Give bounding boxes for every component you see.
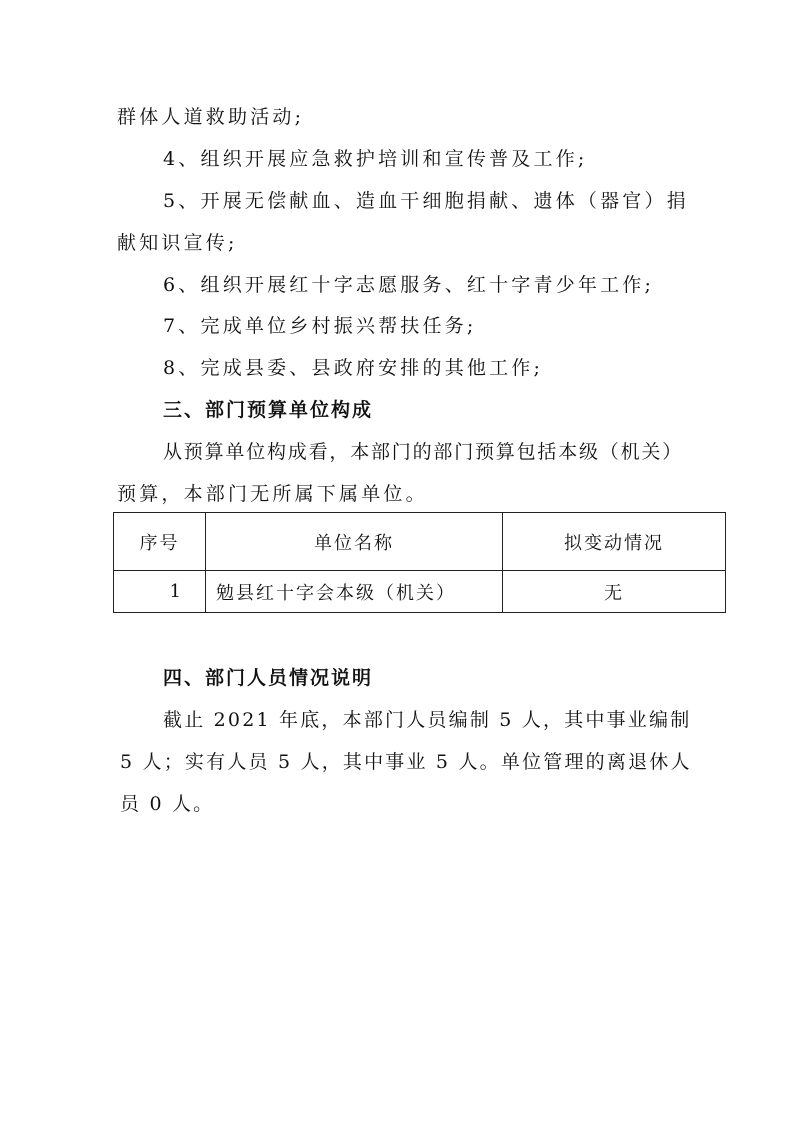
budget-unit-table: 序号 单位名称 拟变动情况 1 勉县红十字会本级（机关） 无 — [113, 512, 726, 613]
section3-text: 从预算单位构成看，本部门的部门预算包括本级（机关） — [163, 440, 683, 464]
header-change: 拟变动情况 — [503, 513, 726, 571]
list-item-5-cont: 献知识宣传; — [117, 231, 238, 255]
section4-text-cont: 5 人；实有人员 5 人，其中事业 5 人。单位管理的离退休人 — [120, 750, 692, 774]
section4-text-end: 员 0 人。 — [120, 792, 214, 816]
table-row: 1 勉县红十字会本级（机关） 无 — [114, 571, 726, 613]
section-heading-4: 四、部门人员情况说明 — [163, 666, 373, 690]
section-heading-3: 三、部门预算单位构成 — [163, 398, 373, 422]
paragraph-line: 群体人道救助活动; — [117, 105, 304, 129]
list-item-6: 6、组织开展红十字志愿服务、红十字青少年工作; — [163, 273, 654, 297]
section3-text-cont: 预算，本部门无所属下属单位。 — [117, 482, 428, 506]
section4-text: 截止 2021 年底，本部门人员编制 5 人，其中事业编制 — [163, 708, 691, 732]
header-unit-name: 单位名称 — [206, 513, 503, 571]
list-item-5: 5、开展无偿献血、造血干细胞捐献、遗体（器官）捐 — [163, 189, 689, 213]
header-index: 序号 — [114, 513, 206, 571]
cell-index: 1 — [114, 571, 206, 613]
list-item-4: 4、组织开展应急救护培训和宣传普及工作; — [163, 147, 588, 171]
cell-unit-name: 勉县红十字会本级（机关） — [206, 571, 503, 613]
cell-change: 无 — [503, 571, 726, 613]
list-item-8: 8、完成县委、县政府安排的其他工作; — [163, 356, 543, 380]
table-header-row: 序号 单位名称 拟变动情况 — [114, 513, 726, 571]
list-item-7: 7、完成单位乡村振兴帮扶任务; — [163, 314, 477, 338]
